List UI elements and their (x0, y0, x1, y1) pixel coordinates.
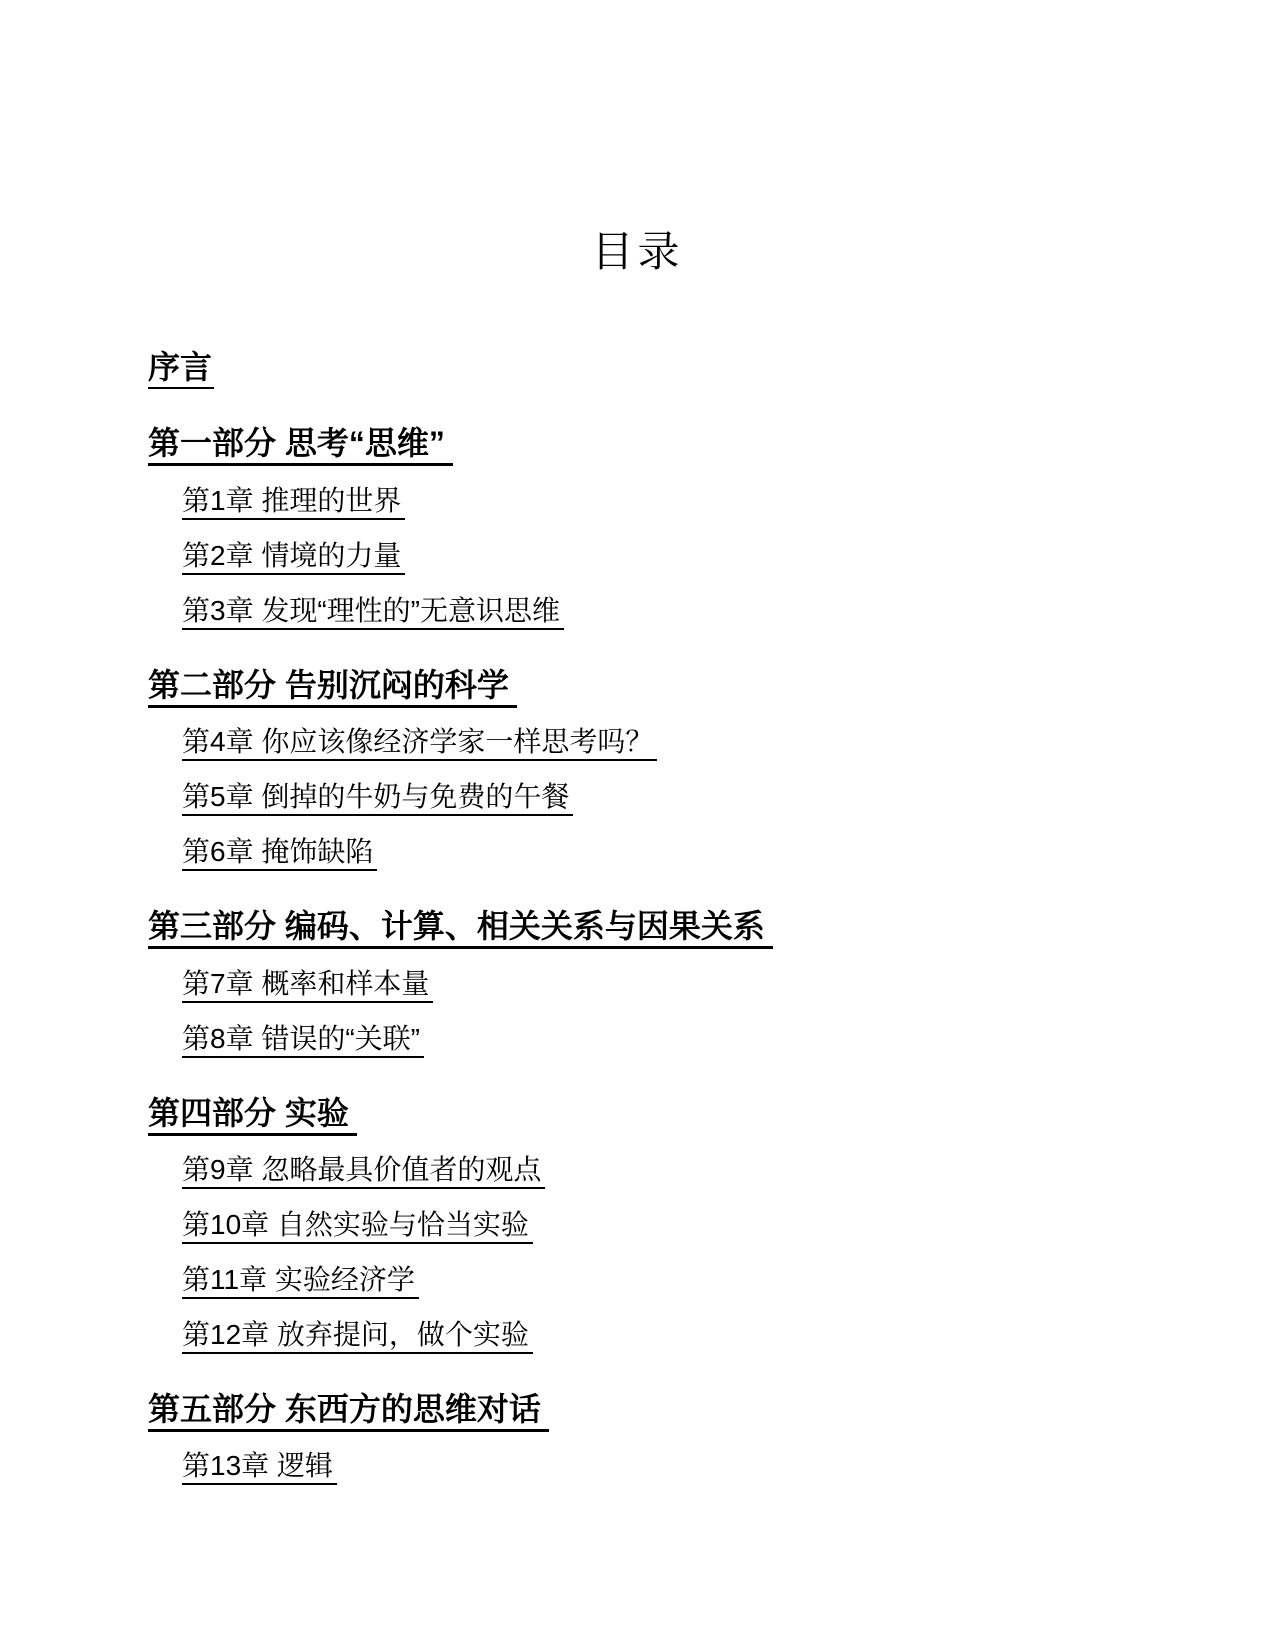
toc-entry-chapter-6: 第6章 掩饰缺陷 (182, 834, 1195, 869)
toc-entry-part-3: 第三部分 编码、计算、相关关系与因果关系 (148, 907, 1195, 945)
toc-link-chapter-9[interactable]: 第9章 忽略最具价值者的观点 (182, 1154, 545, 1189)
toc-link-part-2[interactable]: 第二部分 告别沉闷的科学 (148, 667, 517, 708)
toc-entry-part-1: 第一部分 思考“思维” (148, 424, 1195, 462)
toc-entry-chapter-5: 第5章 倒掉的牛奶与免费的午餐 (182, 779, 1195, 814)
toc-link-part-4[interactable]: 第四部分 实验 (148, 1095, 357, 1136)
toc-entry-preface: 序言 (148, 348, 1195, 386)
toc-link-chapter-2[interactable]: 第2章 情境的力量 (182, 540, 405, 575)
toc-entry-chapter-1: 第1章 推理的世界 (182, 483, 1195, 518)
toc-entry-chapter-9: 第9章 忽略最具价值者的观点 (182, 1152, 1195, 1187)
toc-entry-chapter-11: 第11章 实验经济学 (182, 1262, 1195, 1297)
toc-link-chapter-11[interactable]: 第11章 实验经济学 (182, 1264, 419, 1299)
toc-entry-chapter-7: 第7章 概率和样本量 (182, 966, 1195, 1001)
toc-entry-chapter-2: 第2章 情境的力量 (182, 538, 1195, 573)
toc-entry-chapter-12: 第12章 放弃提问，做个实验 (182, 1317, 1195, 1352)
toc-entry-chapter-10: 第10章 自然实验与恰当实验 (182, 1207, 1195, 1242)
toc-link-part-5[interactable]: 第五部分 东西方的思维对话 (148, 1391, 549, 1432)
toc-link-chapter-3[interactable]: 第3章 发现“理性的”无意识思维 (182, 595, 564, 630)
toc-entry-part-5: 第五部分 东西方的思维对话 (148, 1390, 1195, 1428)
toc-entry-part-2: 第二部分 告别沉闷的科学 (148, 666, 1195, 704)
toc-link-preface[interactable]: 序言 (148, 349, 214, 389)
toc-link-chapter-6[interactable]: 第6章 掩饰缺陷 (182, 836, 377, 871)
toc-entry-chapter-13: 第13章 逻辑 (182, 1448, 1195, 1483)
toc-entry-chapter-8: 第8章 错误的“关联” (182, 1021, 1195, 1056)
toc-entry-chapter-3: 第3章 发现“理性的”无意识思维 (182, 593, 1195, 628)
toc-link-chapter-5[interactable]: 第5章 倒掉的牛奶与免费的午餐 (182, 781, 573, 816)
page-title: 目录 (0, 232, 1275, 274)
toc-link-part-3[interactable]: 第三部分 编码、计算、相关关系与因果关系 (148, 908, 773, 949)
toc-entry-chapter-4: 第4章 你应该像经济学家一样思考吗？ (182, 724, 1195, 759)
toc-page: 目录 序言 第一部分 思考“思维” 第1章 推理的世界 第2章 情境的力量 第3… (0, 0, 1275, 1650)
toc-link-part-1[interactable]: 第一部分 思考“思维” (148, 425, 453, 466)
toc-entry-part-4: 第四部分 实验 (148, 1094, 1195, 1132)
toc-link-chapter-12[interactable]: 第12章 放弃提问，做个实验 (182, 1319, 533, 1354)
table-of-contents: 序言 第一部分 思考“思维” 第1章 推理的世界 第2章 情境的力量 第3章 发… (0, 274, 1275, 1483)
toc-link-chapter-13[interactable]: 第13章 逻辑 (182, 1450, 337, 1485)
toc-link-chapter-7[interactable]: 第7章 概率和样本量 (182, 968, 433, 1003)
toc-link-chapter-10[interactable]: 第10章 自然实验与恰当实验 (182, 1209, 533, 1244)
toc-link-chapter-1[interactable]: 第1章 推理的世界 (182, 485, 405, 520)
toc-link-chapter-4[interactable]: 第4章 你应该像经济学家一样思考吗？ (182, 726, 657, 761)
toc-link-chapter-8[interactable]: 第8章 错误的“关联” (182, 1023, 424, 1058)
